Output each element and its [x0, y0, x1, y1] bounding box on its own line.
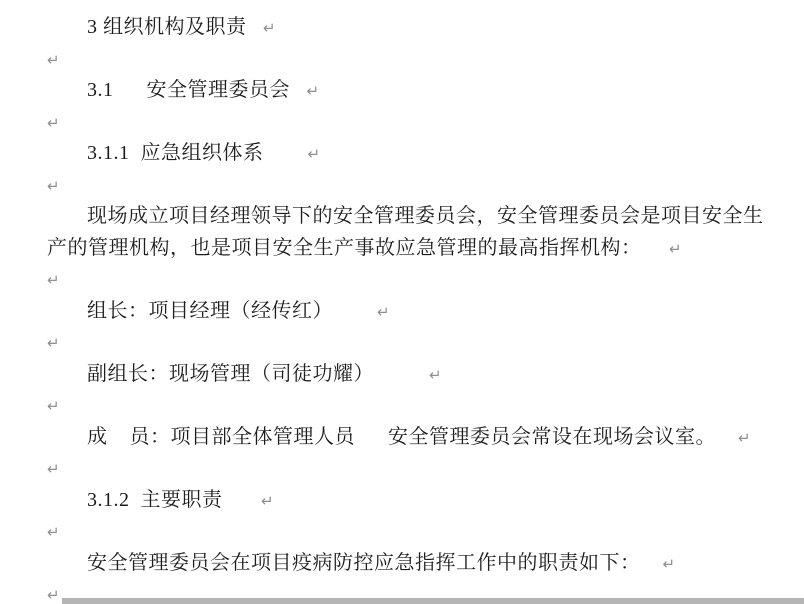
line-text: 3.1.2 主要职责: [87, 489, 261, 511]
paragraph-mark-icon: ↵: [47, 460, 60, 478]
paragraph-mark-icon: ↵: [738, 429, 751, 447]
paragraph-mark-icon: ↵: [47, 397, 60, 415]
line-text: 副组长：现场管理（司徒功耀）: [87, 363, 429, 385]
document-page[interactable]: 3 组织机构及职责 ↵↵3.1 安全管理委员会 ↵↵3.1.1 应急组织体系 ↵…: [0, 0, 804, 604]
text-line: 产的管理机构，也是项目安全生产事故应急管理的最高指挥机构： ↵: [0, 233, 804, 265]
line-text: 成 员：项目部全体管理人员 安全管理委员会常设在现场会议室。: [87, 426, 738, 448]
text-line: 3.1.2 主要职责 ↵: [0, 485, 804, 517]
paragraph-mark-icon: ↵: [663, 555, 676, 573]
blank-line: ↵: [0, 170, 804, 202]
paragraph-mark-icon: ↵: [47, 177, 60, 195]
bottom-gray-bar: [62, 598, 804, 604]
blank-line: ↵: [0, 516, 804, 548]
blank-line: ↵: [0, 44, 804, 76]
line-text: 现场成立项目经理领导下的安全管理委员会，安全管理委员会是项目安全生: [87, 205, 764, 227]
text-line: 3.1 安全管理委员会 ↵: [0, 75, 804, 107]
paragraph-mark-icon: ↵: [47, 334, 60, 352]
paragraph-mark-icon: ↵: [261, 492, 274, 510]
document-text-area: 3 组织机构及职责 ↵↵3.1 安全管理委员会 ↵↵3.1.1 应急组织体系 ↵…: [0, 12, 804, 604]
line-text: 3.1.1 应急组织体系: [87, 142, 308, 164]
text-line: 安全管理委员会在项目疫病防控应急指挥工作中的职责如下： ↵: [0, 548, 804, 580]
line-text: 3 组织机构及职责: [87, 16, 263, 38]
paragraph-mark-icon: ↵: [47, 523, 60, 541]
paragraph-mark-icon: ↵: [47, 586, 60, 604]
paragraph-mark-icon: ↵: [47, 114, 60, 132]
text-line: 组长：项目经理（经传红） ↵: [0, 296, 804, 328]
line-text: 3.1 安全管理委员会: [87, 79, 307, 101]
paragraph-mark-icon: ↵: [307, 82, 320, 100]
blank-line: ↵: [0, 264, 804, 296]
paragraph-mark-icon: ↵: [377, 303, 390, 321]
paragraph-mark-icon: ↵: [308, 145, 321, 163]
text-line: 现场成立项目经理领导下的安全管理委员会，安全管理委员会是项目安全生: [0, 201, 804, 233]
paragraph-mark-icon: ↵: [47, 271, 60, 289]
line-text: 产的管理机构，也是项目安全生产事故应急管理的最高指挥机构：: [47, 237, 669, 259]
text-line: 副组长：现场管理（司徒功耀） ↵: [0, 359, 804, 391]
text-line: 3.1.1 应急组织体系 ↵: [0, 138, 804, 170]
blank-line: ↵: [0, 390, 804, 422]
line-text: 组长：项目经理（经传红）: [87, 300, 377, 322]
paragraph-mark-icon: ↵: [429, 366, 442, 384]
line-text: 安全管理委员会在项目疫病防控应急指挥工作中的职责如下：: [87, 552, 663, 574]
blank-line: ↵: [0, 453, 804, 485]
paragraph-mark-icon: ↵: [669, 240, 682, 258]
text-line: 成 员：项目部全体管理人员 安全管理委员会常设在现场会议室。 ↵: [0, 422, 804, 454]
text-line: 3 组织机构及职责 ↵: [0, 12, 804, 44]
paragraph-mark-icon: ↵: [47, 51, 60, 69]
blank-line: ↵: [0, 107, 804, 139]
paragraph-mark-icon: ↵: [263, 19, 276, 37]
blank-line: ↵: [0, 327, 804, 359]
